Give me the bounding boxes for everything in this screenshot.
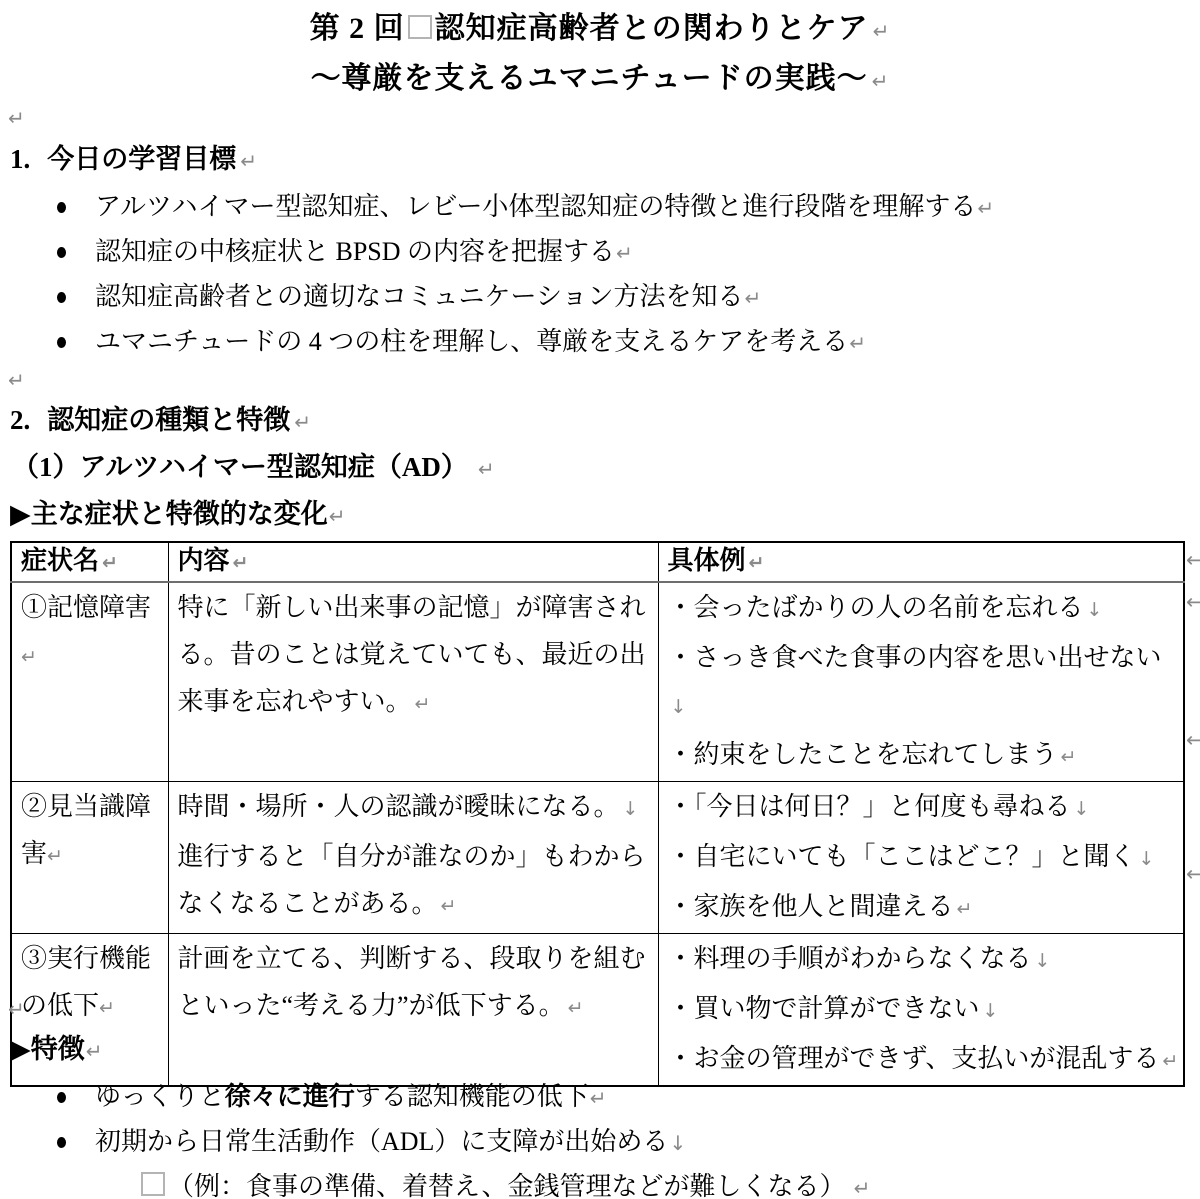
feature-sub-item: （例：食事の準備、着替え、金銭管理などが難しくなる）↵ — [138, 1171, 870, 1199]
goal-list-item: 認知症高齢者との適切なコミュニケーション方法を知る↵ — [95, 281, 761, 314]
bullet-icon — [57, 337, 66, 348]
document-title-line1: 第 2 回認知症高齢者との関わりとケア↵ — [0, 6, 1200, 54]
cell-return-mark-icon: ↵ — [102, 552, 118, 574]
subtitle-text: ～尊厳を支えるユマニチュードの実践～ — [311, 62, 868, 95]
subsection-heading-text: （1）アルツハイマー型認知症（AD） — [12, 452, 468, 482]
header-cell-symptom: 症状名↵ — [11, 542, 168, 582]
symptom-example-cell: ・「今日は何日？」と何度も尋ねる↓ ・自宅にいても「ここはどこ？」と聞く↓ ・家… — [658, 782, 1184, 934]
paragraph-mark-icon: ↵ — [329, 504, 346, 528]
cell-return-mark-icon: ↵ — [1061, 746, 1077, 768]
feature-text: 初期から日常生活動作（ADL）に支障が出始める — [95, 1127, 668, 1156]
example-text: ・さっき食べた食事の内容を思い出せない — [668, 643, 1162, 672]
paragraph-mark-icon: ↵ — [872, 69, 890, 93]
paragraph-mark-icon: ↵ — [849, 331, 866, 355]
feature-list-item: 初期から日常生活動作（ADL）に支障が出始める↓ — [95, 1126, 686, 1159]
bullet-icon — [57, 292, 66, 303]
symptom-content: 進行すると「自分が誰なのか」もわからなくなることがある。 — [178, 842, 646, 918]
table-title-text: ▶主な症状と特徴的な変化 — [10, 499, 328, 529]
paragraph-mark-icon: ↵ — [86, 1039, 103, 1063]
example-text: ・自宅にいても「ここはどこ？」と聞く — [668, 842, 1136, 871]
line-break-mark-icon: ↓ — [1074, 798, 1090, 820]
example-line: ・「今日は何日？」と何度も尋ねる↓ — [668, 783, 1180, 833]
example-text: ・お金の管理ができず、支払いが混乱する — [668, 1044, 1160, 1073]
paragraph-mark-icon: ↵ — [590, 1086, 607, 1110]
row-end-mark-icon: ← — [1186, 548, 1200, 572]
paragraph-mark-icon: ↵ — [616, 241, 633, 265]
cell-return-mark-icon: ↵ — [21, 646, 37, 668]
cell-return-mark-icon: ↵ — [441, 895, 457, 917]
example-line: ・家族を他人と間違える↵ — [668, 883, 1180, 933]
cell-return-mark-icon: ↵ — [568, 997, 584, 1019]
example-text: ・約束をしたことを忘れてしまう — [668, 740, 1058, 769]
line-break-mark-icon: ↓ — [669, 1131, 686, 1155]
example-line: ・料理の手順がわからなくなる↓ — [668, 935, 1180, 985]
example-line: ・会ったばかりの人の名前を忘れる↓ — [668, 584, 1180, 634]
line-break-mark-icon: ↓ — [623, 798, 639, 820]
features-heading: ▶特徴↵ — [10, 1034, 103, 1067]
symptom-name: ②見当識障害 — [21, 792, 151, 868]
symptom-content: 特に「新しい出来事の記憶」が障害される。昔のことは覚えていても、最近の出来事を忘… — [178, 593, 646, 716]
section1-heading: 1.今日の学習目標↵ — [10, 143, 257, 177]
cell-return-mark-icon: ↵ — [1162, 1050, 1178, 1072]
symptom-content-cell: 計画を立てる、判断する、段取りを組むといった“考える力”が低下する。↵ — [168, 934, 658, 1087]
fullwidth-space-mark — [408, 15, 432, 39]
table-header-row: 症状名↵ 内容↵ 具体例↵ — [11, 542, 1184, 582]
section1-heading-text: 今日の学習目標 — [47, 144, 236, 174]
paragraph-mark-icon: ↵ — [873, 19, 891, 43]
section2-number: 2. — [10, 405, 30, 435]
bullet-icon — [57, 1092, 66, 1103]
symptom-content-cell: 特に「新しい出来事の記憶」が障害される。昔のことは覚えていても、最近の出来事を忘… — [168, 582, 658, 782]
example-text: ・家族を他人と間違える — [668, 892, 954, 921]
symptom-content-cell: 時間・場所・人の認識が曖昧になる。↓進行すると「自分が誰なのか」もわからなくなる… — [168, 782, 658, 934]
section2-heading: 2.認知症の種類と特徴↵ — [10, 404, 311, 438]
feature-list-item: ゆっくりと徐々に進行する認知機能の低下↵ — [95, 1081, 607, 1114]
symptom-name: ③実行機能の低下 — [21, 944, 151, 1020]
symptom-content: 時間・場所・人の認識が曖昧になる。 — [178, 792, 620, 821]
example-line: ・約束をしたことを忘れてしまう↵ — [668, 731, 1180, 781]
empty-paragraph-mark: ↵ — [8, 368, 25, 392]
goal-item-text: 認知症の中核症状と BPSD の内容を把握する — [95, 237, 615, 266]
empty-paragraph-mark: ↵ — [8, 106, 25, 130]
symptoms-table-container: 症状名↵ 内容↵ 具体例↵ ①記憶障害↵ 特に「新しい出来事の記憶」が障害される… — [10, 541, 1185, 1087]
title-text-part2: 認知症高齢者との関わりとケア — [435, 12, 869, 45]
example-line: ・自宅にいても「ここはどこ？」と聞く↓ — [668, 833, 1180, 883]
fullwidth-space-mark — [141, 1172, 165, 1196]
title-text-part1: 第 2 回 — [310, 12, 405, 45]
symptom-name-cell: ②見当識障害↵ — [11, 782, 168, 934]
document-title-line2: ～尊厳を支えるユマニチュードの実践～↵ — [0, 56, 1200, 104]
bullet-icon — [57, 1137, 66, 1148]
table-row-orientation: ②見当識障害↵ 時間・場所・人の認識が曖昧になる。↓進行すると「自分が誰なのか」… — [11, 782, 1184, 934]
goal-list-item: アルツハイマー型認知症、レビー小体型認知症の特徴と進行段階を理解する↵ — [95, 191, 994, 224]
paragraph-mark-icon: ↵ — [240, 149, 257, 173]
subsection-heading: （1）アルツハイマー型認知症（AD）↵ — [12, 451, 495, 485]
symptom-name-cell: ①記憶障害↵ — [11, 582, 168, 782]
cell-return-mark-icon: ↵ — [749, 552, 765, 574]
cell-return-mark-icon: ↵ — [47, 845, 63, 867]
line-break-mark-icon: ↓ — [1139, 848, 1155, 870]
paragraph-mark-icon: ↵ — [744, 286, 761, 310]
symptom-example-cell: ・会ったばかりの人の名前を忘れる↓ ・さっき食べた食事の内容を思い出せない↓ ・… — [658, 582, 1184, 782]
cell-return-mark-icon: ↵ — [957, 898, 973, 920]
example-text: ・買い物で計算ができない — [668, 994, 980, 1023]
goal-list-item: 認知症の中核症状と BPSD の内容を把握する↵ — [95, 236, 633, 269]
empty-paragraph-mark: ↵ — [8, 997, 25, 1021]
feature-text-bold: 徐々に進行 — [225, 1082, 355, 1111]
table-row-memory: ①記憶障害↵ 特に「新しい出来事の記憶」が障害される。昔のことは覚えていても、最… — [11, 582, 1184, 782]
cell-return-mark-icon: ↵ — [233, 552, 249, 574]
example-text: ・料理の手順がわからなくなる — [668, 944, 1032, 973]
line-break-mark-icon: ↓ — [1087, 599, 1103, 621]
section1-number: 1. — [10, 144, 30, 174]
feature-text: する認知機能の低下 — [355, 1082, 589, 1111]
goal-item-text: ユマニチュードの 4 つの柱を理解し、尊厳を支えるケアを考える — [95, 327, 848, 356]
bullet-icon — [57, 247, 66, 258]
header-cell-example: 具体例↵ — [658, 542, 1184, 582]
document-page: 第 2 回認知症高齢者との関わりとケア↵ ～尊厳を支えるユマニチュードの実践～↵… — [0, 0, 1200, 1199]
header-text: 症状名 — [21, 546, 99, 575]
table-row-executive: ③実行機能の低下↵ 計画を立てる、判断する、段取りを組むといった“考える力”が低… — [11, 934, 1184, 1087]
goal-list-item: ユマニチュードの 4 つの柱を理解し、尊厳を支えるケアを考える↵ — [95, 326, 866, 359]
row-end-mark-icon: ← — [1186, 728, 1200, 752]
line-break-mark-icon: ↓ — [983, 1000, 999, 1022]
example-line: ・買い物で計算ができない↓ — [668, 985, 1180, 1035]
example-line: ・さっき食べた食事の内容を思い出せない↓ — [668, 634, 1180, 731]
header-cell-content: 内容↵ — [168, 542, 658, 582]
feature-text: ゆっくりと — [95, 1082, 225, 1111]
paragraph-mark-icon: ↵ — [854, 1176, 871, 1199]
header-text: 内容 — [178, 546, 230, 575]
symptom-name: ①記憶障害 — [21, 593, 151, 622]
paragraph-mark-icon: ↵ — [478, 457, 495, 481]
example-line: ・お金の管理ができず、支払いが混乱する↵ — [668, 1035, 1180, 1085]
goal-item-text: 認知症高齢者との適切なコミュニケーション方法を知る — [95, 282, 743, 311]
row-end-mark-icon: ← — [1186, 862, 1200, 886]
bullet-icon — [57, 202, 66, 213]
example-text: ・会ったばかりの人の名前を忘れる — [668, 593, 1084, 622]
symptoms-table: 症状名↵ 内容↵ 具体例↵ ①記憶障害↵ 特に「新しい出来事の記憶」が障害される… — [10, 541, 1185, 1087]
header-text: 具体例 — [668, 546, 746, 575]
paragraph-mark-icon: ↵ — [977, 196, 994, 220]
section2-heading-text: 認知症の種類と特徴 — [47, 405, 290, 435]
features-heading-text: ▶特徴 — [10, 1034, 85, 1064]
line-break-mark-icon: ↓ — [1035, 950, 1051, 972]
table-title: ▶主な症状と特徴的な変化↵ — [10, 499, 346, 532]
cell-return-mark-icon: ↵ — [415, 693, 431, 715]
row-end-mark-icon: ← — [1186, 590, 1200, 614]
paragraph-mark-icon: ↵ — [294, 410, 311, 434]
line-break-mark-icon: ↓ — [671, 696, 687, 718]
goal-item-text: アルツハイマー型認知症、レビー小体型認知症の特徴と進行段階を理解する — [95, 192, 976, 221]
cell-return-mark-icon: ↵ — [99, 997, 115, 1019]
symptom-example-cell: ・料理の手順がわからなくなる↓ ・買い物で計算ができない↓ ・お金の管理ができず… — [658, 934, 1184, 1087]
feature-sub-text: （例：食事の準備、着替え、金銭管理などが難しくなる） — [168, 1172, 846, 1199]
example-text: ・「今日は何日？」と何度も尋ねる — [668, 792, 1071, 821]
